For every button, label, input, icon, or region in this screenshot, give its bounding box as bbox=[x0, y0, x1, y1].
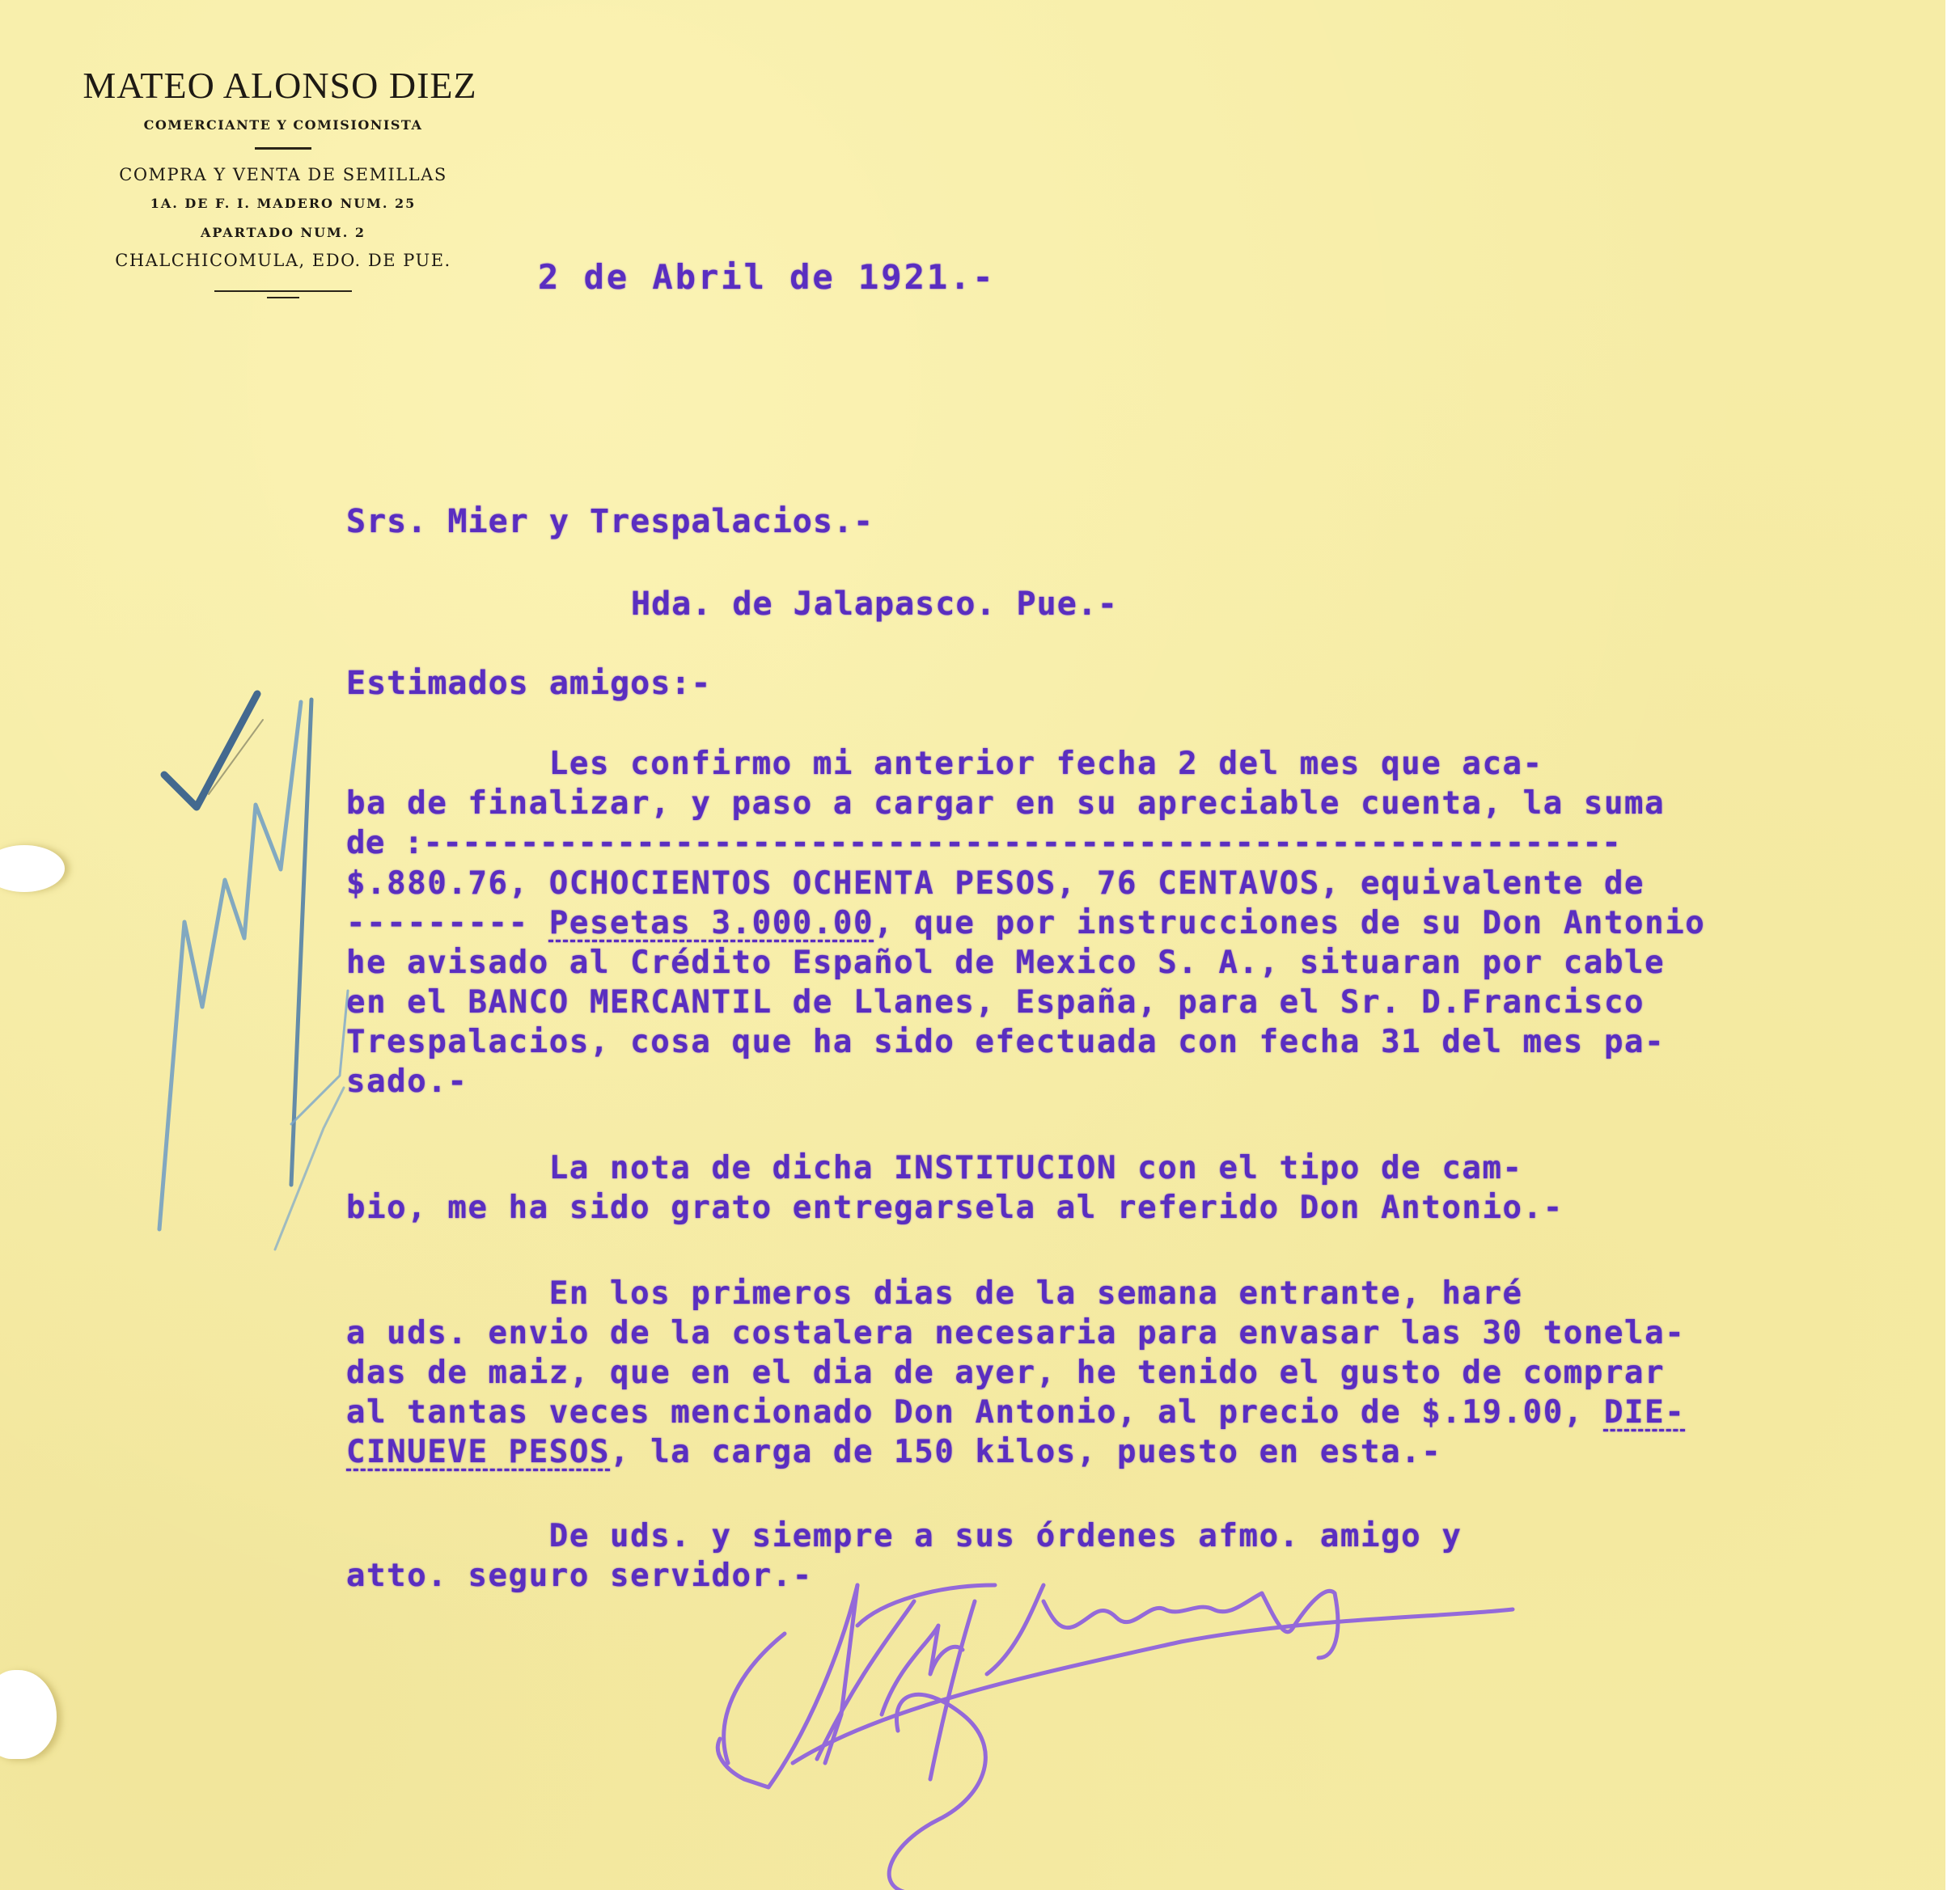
price-words-end: CINUEVE PESOS bbox=[346, 1434, 610, 1470]
letterhead-address: 1A. DE F. I. MADERO NUM. 25 bbox=[16, 192, 550, 216]
letter-paper: MATEO ALONSO DIEZ COMERCIANTE Y COMISION… bbox=[0, 0, 1945, 1890]
body-line: he avisado al Crédito Español de Mexico … bbox=[346, 945, 1665, 981]
letterhead-po-box: APARTADO NUM. 2 bbox=[16, 221, 550, 245]
body-line: bio, me ha sido grato entregarsela al re… bbox=[346, 1190, 1564, 1226]
letterhead-bottom-rule-small bbox=[267, 297, 299, 298]
punch-hole bbox=[0, 845, 65, 892]
body-line: das de maiz, que en el dia de ayer, he t… bbox=[346, 1355, 1665, 1391]
body-line: --------- Pesetas 3.000.00, que por inst… bbox=[346, 905, 1705, 941]
letterhead-divider bbox=[255, 147, 311, 150]
body-line: Les confirmo mi anterior fecha 2 del mes… bbox=[346, 746, 1543, 782]
body-line: Trespalacios, cosa que ha sido efectuada… bbox=[346, 1024, 1665, 1060]
body-line: de :------------------------------------… bbox=[346, 825, 1621, 861]
body-line: La nota de dicha INSTITUCION con el tipo… bbox=[346, 1150, 1523, 1186]
recipient-location: Hda. de Jalapasco. Pue.- bbox=[631, 586, 1118, 623]
letterhead-subtitle: COMERCIANTE Y COMISIONISTA bbox=[16, 116, 550, 134]
body-line: a uds. envio de la costalera necesaria p… bbox=[346, 1315, 1685, 1351]
letter-date: 2 de Abril de 1921.- bbox=[538, 257, 996, 297]
signature bbox=[696, 1553, 1715, 1890]
body-line: sado.- bbox=[346, 1063, 468, 1100]
punch-hole bbox=[0, 1670, 57, 1759]
salutation: Estimados amigos:- bbox=[346, 665, 711, 702]
body-line: CINUEVE PESOS, la carga de 150 kilos, pu… bbox=[346, 1434, 1441, 1470]
body-line: en el BANCO MERCANTIL de Llanes, España,… bbox=[346, 984, 1645, 1021]
letterhead: MATEO ALONSO DIEZ COMERCIANTE Y COMISION… bbox=[16, 63, 550, 298]
recipient-name: Srs. Mier y Trespalacios.- bbox=[346, 503, 874, 540]
body-line-text: al tantas veces mencionado Don Antonio, … bbox=[346, 1394, 1604, 1431]
pesetas-amount: Pesetas 3.000.00 bbox=[549, 905, 874, 941]
price-words-start: DIE- bbox=[1604, 1394, 1685, 1431]
letterhead-city: CHALCHICOMULA, EDO. DE PUE. bbox=[16, 248, 550, 273]
letterhead-business: COMPRA Y VENTA DE SEMILLAS bbox=[16, 163, 550, 187]
body-line-tail: , que por instrucciones de su Don Antoni… bbox=[874, 905, 1705, 941]
dash-fill: --------- bbox=[346, 905, 549, 941]
amount-line: $.880.76, OCHOCIENTOS OCHENTA PESOS, 76 … bbox=[346, 865, 1645, 902]
body-line: al tantas veces mencionado Don Antonio, … bbox=[346, 1394, 1685, 1431]
body-line-tail: , la carga de 150 kilos, puesto en esta.… bbox=[610, 1434, 1441, 1470]
letterhead-bottom-rule bbox=[214, 290, 352, 292]
body-line: ba de finalizar, y paso a cargar en su a… bbox=[346, 785, 1665, 822]
letterhead-name: MATEO ALONSO DIEZ bbox=[10, 63, 550, 108]
body-line: En los primeros dias de la semana entran… bbox=[346, 1275, 1523, 1312]
closing-line: De uds. y siempre a sus órdenes afmo. am… bbox=[346, 1518, 1462, 1554]
